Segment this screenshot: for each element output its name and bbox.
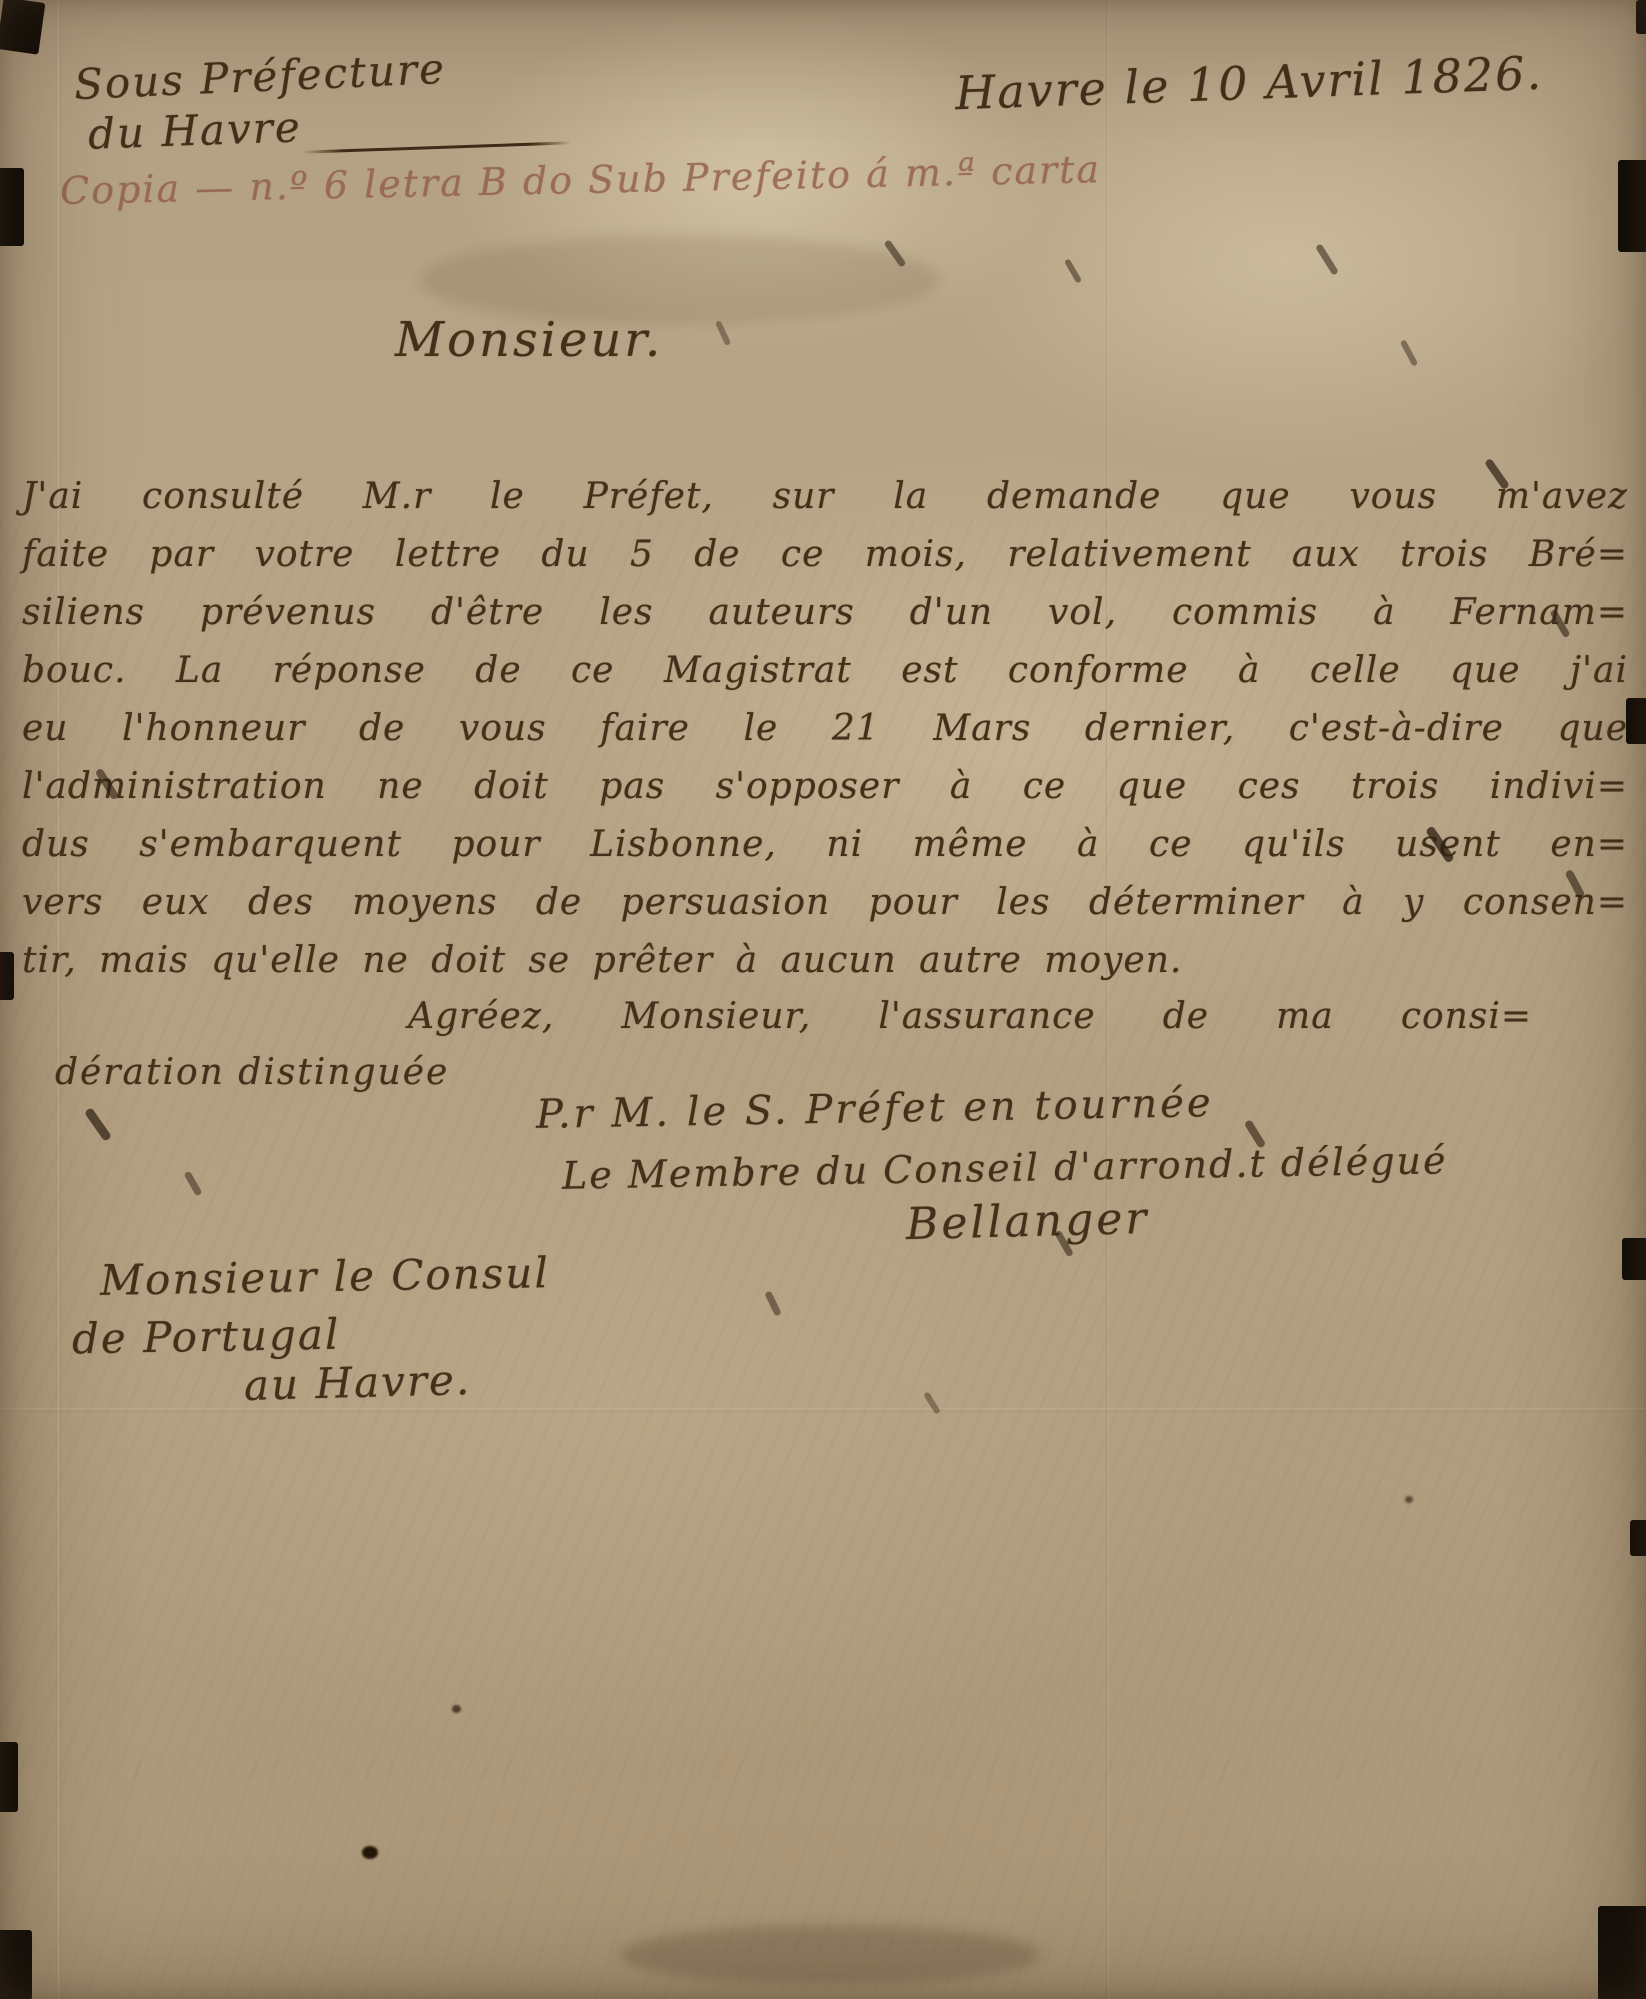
edge-mark xyxy=(1598,1906,1646,1999)
body-line: bouc. La réponse de ce Magistrat est con… xyxy=(22,642,1628,700)
edge-mark xyxy=(0,0,45,55)
letter-page: Sous Préfecture du Havre Havre le 10 Avr… xyxy=(0,0,1646,1999)
closing-line1: Agréez, Monsieur, l'assurance de ma cons… xyxy=(408,996,1532,1037)
letter-body: J'ai consulté M.r le Préfet, sur la dema… xyxy=(22,468,1628,990)
signature-capacity-line: P.r M. le S. Préfet en tournée xyxy=(536,1080,1214,1138)
signature-name: Bellanger xyxy=(905,1193,1150,1250)
recipient-line1: Monsieur le Consul xyxy=(100,1248,551,1305)
body-line: siliens prévenus d'être les auteurs d'un… xyxy=(22,584,1628,642)
edge-mark xyxy=(0,1930,32,1999)
edge-mark xyxy=(1618,160,1646,252)
ink-spot xyxy=(362,1846,378,1859)
signature-title-line: Le Membre du Conseil d'arrond.t délégué xyxy=(562,1138,1448,1197)
body-line: tir, mais qu'elle ne doit se prêter à au… xyxy=(22,932,1628,990)
letterhead-office-line1: Sous Préfecture xyxy=(73,44,447,109)
ink-bleed-mark xyxy=(183,1170,202,1196)
ink-bleed-mark xyxy=(84,1107,112,1142)
body-line: faite par votre lettre du 5 de ce mois, … xyxy=(22,526,1628,584)
edge-mark xyxy=(0,952,14,1000)
ink-bleed-mark xyxy=(1064,258,1082,284)
recipient-line3: au Havre. xyxy=(243,1355,471,1410)
ink-bleed-mark xyxy=(764,1290,782,1316)
ink-bleed-mark xyxy=(1400,339,1418,367)
letter-dateline: Havre le 10 Avril 1826. xyxy=(954,46,1544,120)
body-line: eu l'honneur de vous faire le 21 Mars de… xyxy=(22,700,1628,758)
recipient-line2: de Portugal xyxy=(72,1310,341,1364)
archival-note: Copia — n.º 6 letra B do Sub Prefeito á … xyxy=(60,147,1102,213)
body-line: dus s'embarquent pour Lisbonne, ni même … xyxy=(22,816,1628,874)
top-show-through-smudge xyxy=(420,235,940,325)
body-line: vers eux des moyens de persuasion pour l… xyxy=(22,874,1628,932)
letterhead-flourish-line xyxy=(302,141,572,153)
body-line: J'ai consulté M.r le Préfet, sur la dema… xyxy=(22,468,1628,526)
letterhead-office-line2: du Havre xyxy=(87,102,302,158)
ink-bleed-mark xyxy=(1315,243,1339,276)
edge-mark xyxy=(1630,1520,1646,1556)
ink-spot xyxy=(1405,1496,1413,1503)
left-crease xyxy=(58,0,61,1999)
edge-mark xyxy=(1622,1238,1646,1280)
closing-line2: dération distinguée xyxy=(55,1052,449,1093)
bottom-show-through-smudge xyxy=(620,1925,1040,1985)
edge-mark xyxy=(1636,0,1646,34)
body-line: l'administration ne doit pas s'opposer à… xyxy=(22,758,1628,816)
edge-mark xyxy=(0,1742,18,1812)
edge-mark xyxy=(0,168,24,246)
ink-spot xyxy=(452,1705,461,1713)
edge-mark xyxy=(1626,698,1646,744)
